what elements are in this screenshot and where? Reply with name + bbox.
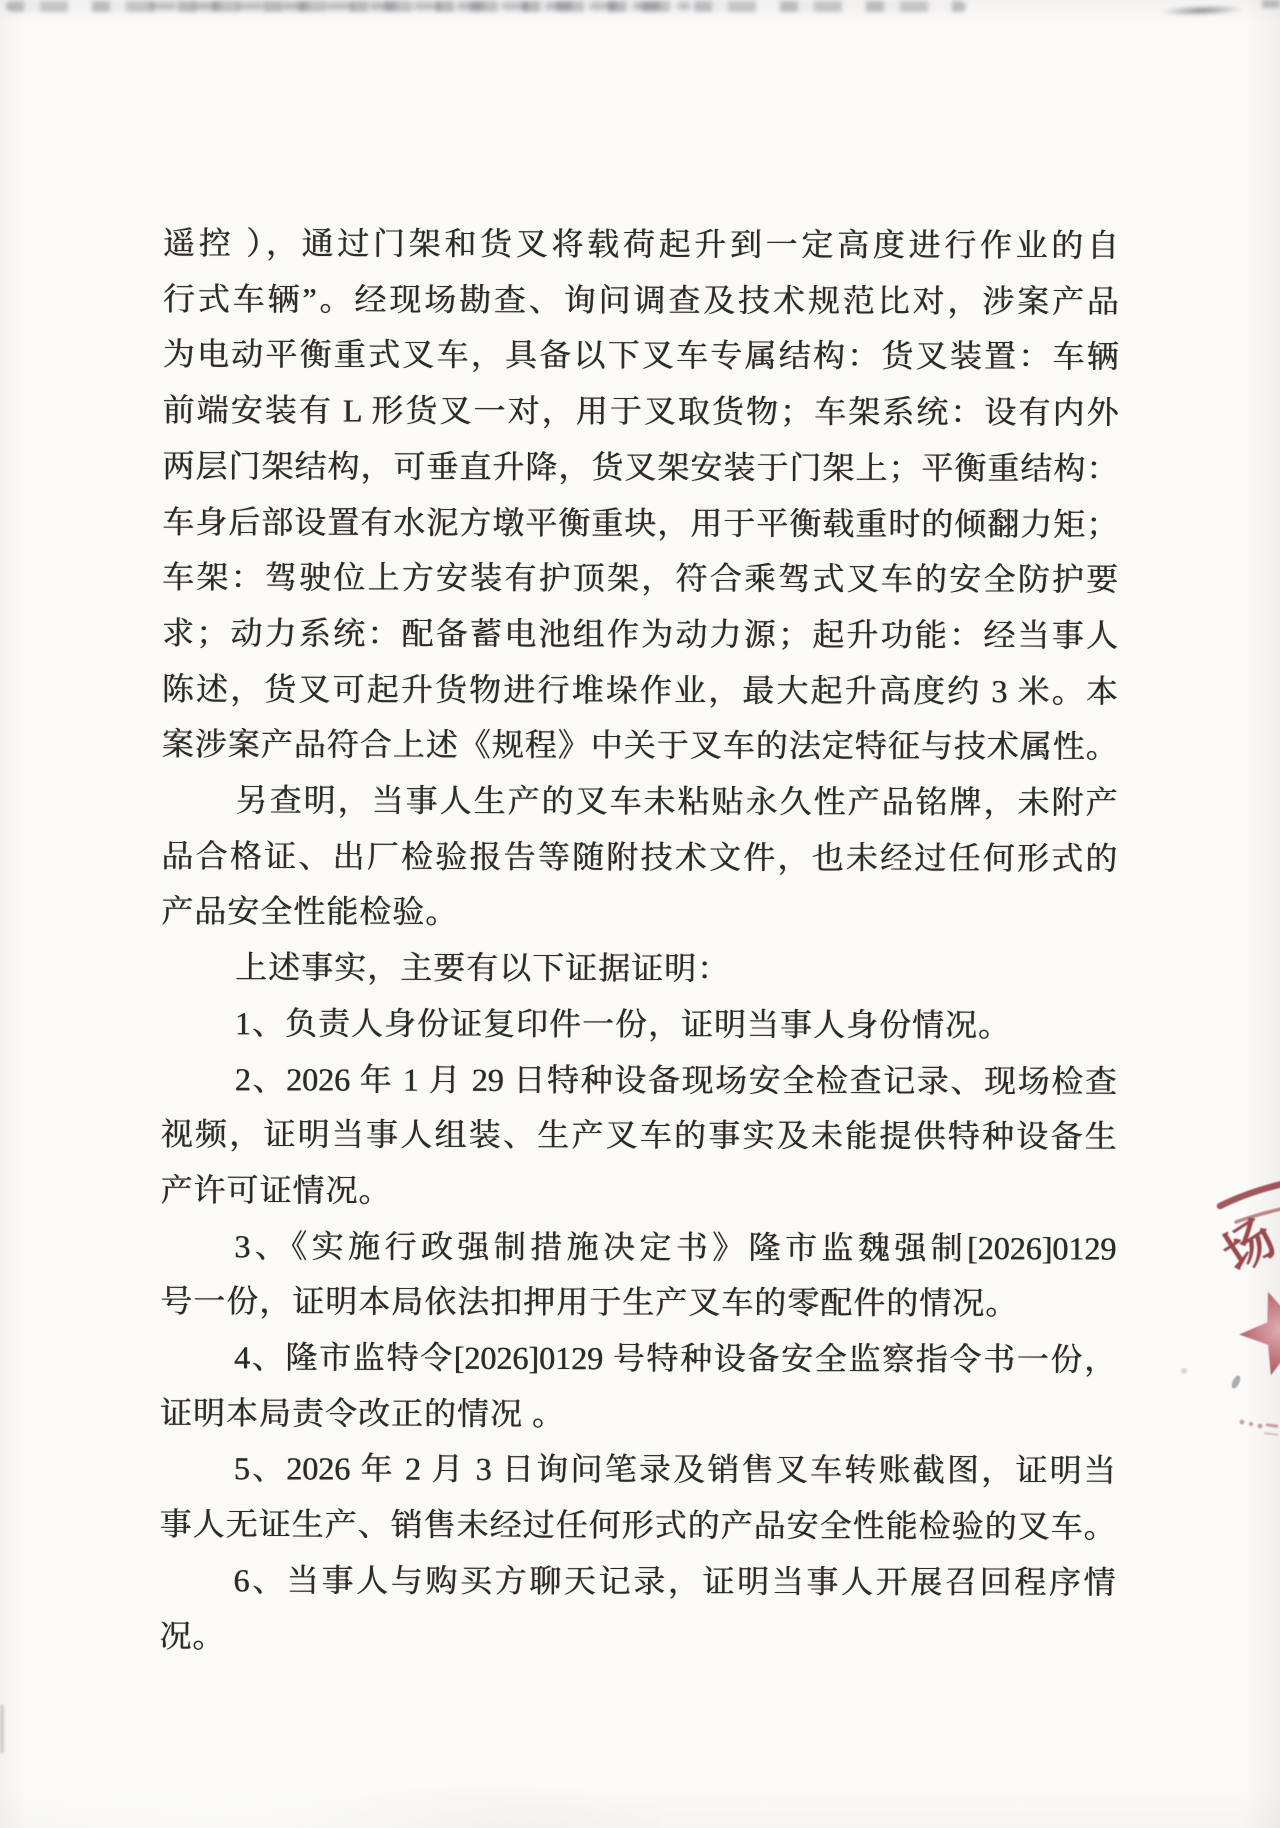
ink-speck-faint — [1181, 1368, 1187, 1374]
text-line: 行式车辆”。经现场勘查、询问调查及技术规范比对，涉案产品 — [163, 272, 1119, 330]
stamp-star-icon — [1239, 1292, 1280, 1376]
text-line: 号一份，证明本局依法扣押用于生产叉车的零配件的情况。 — [160, 1274, 1116, 1332]
text-line: 证明本局责令改正的情况 。 — [160, 1386, 1116, 1444]
text-line: 为电动平衡重式叉车，具备以下叉车专属结构：货叉装置：车辆 — [163, 327, 1119, 385]
text-line: 视频，证明当事人组装、生产叉车的事实及未能提供特种设备生 — [161, 1107, 1117, 1165]
text-line: 1、负责人身份证复印件一份，证明当事人身份情况。 — [161, 996, 1117, 1054]
text-line: 5、2026 年 2 月 3 日询问笔录及销售叉车转账截图，证明当 — [160, 1441, 1116, 1499]
text-line: 前端安装有 L 形货叉一对，用于叉取货物；车架系统：设有内外 — [162, 383, 1118, 441]
text-line: 另查明，当事人生产的叉车未粘贴永久性产品铭牌，未附产 — [161, 773, 1117, 831]
text-line: 车身后部设置有水泥方墩平衡重块，用于平衡载重时的倾翻力矩； — [162, 495, 1118, 553]
top-right-edge-mark — [1262, 0, 1280, 8]
text-line: 事人无证生产、销售未经过任何形式的产品安全性能检验的叉车。 — [160, 1497, 1116, 1555]
bottom-glare — [20, 1770, 660, 1828]
text-line: 产品安全性能检验。 — [161, 884, 1117, 942]
stamp-date-fragment — [1240, 1420, 1278, 1436]
text-line: 4、隆市监特令[2026]0129 号特种设备安全监察指令书一份， — [160, 1330, 1116, 1388]
document-body: 遥控 ），通过门架和货叉将载荷起升到一定高度进行作业的自 行式车辆”。经现场勘查… — [159, 216, 1119, 1667]
top-edge-scan-smudge-2 — [150, 2, 690, 10]
text-line: 遥控 ），通过门架和货叉将载荷起升到一定高度进行作业的自 — [163, 216, 1119, 274]
text-line: 上述事实，主要有以下证据证明： — [161, 940, 1117, 998]
left-edge-mark — [0, 1705, 4, 1753]
stamp-character: 场 — [1213, 1209, 1280, 1283]
text-line: 产许可证情况。 — [160, 1163, 1116, 1221]
top-right-smudge — [1160, 4, 1244, 18]
document-page: 遥控 ），通过门架和货叉将载荷起升到一定高度进行作业的自 行式车辆”。经现场勘查… — [0, 0, 1280, 1828]
text-line: 车架：驾驶位上方安装有护顶架，符合乘驾式叉车的安全防护要 — [162, 550, 1118, 608]
official-stamp-partial: 场 — [1178, 1156, 1280, 1456]
text-line: 况。 — [159, 1609, 1115, 1667]
text-line: 求；动力系统：配备蓄电池组作为动力源；起升功能：经当事人 — [162, 606, 1118, 664]
text-line: 陈述，货叉可起升货物进行堆垛作业，最大起升高度约 3 米。本 — [162, 662, 1118, 720]
text-line: 2、2026 年 1 月 29 日特种设备现场安全检查记录、现场检查 — [161, 1052, 1117, 1110]
text-line: 两层门架结构，可垂直升降，货叉架安装于门架上；平衡重结构： — [162, 439, 1118, 497]
ink-speck — [1230, 1374, 1242, 1390]
text-line: 6、当事人与购买方聊天记录，证明当事人开展召回程序情 — [159, 1553, 1115, 1611]
stamp-outer-ring-arc — [1220, 1168, 1280, 1206]
text-line: 案涉案产品符合上述《规程》中关于叉车的法定特征与技术属性。 — [162, 717, 1118, 775]
text-line: 3、《实施行政强制措施决定书》隆市监魏强制[2026]0129 — [160, 1219, 1116, 1277]
text-line: 品合格证、出厂检验报告等随附技术文件，也未经过任何形式的 — [161, 829, 1117, 887]
